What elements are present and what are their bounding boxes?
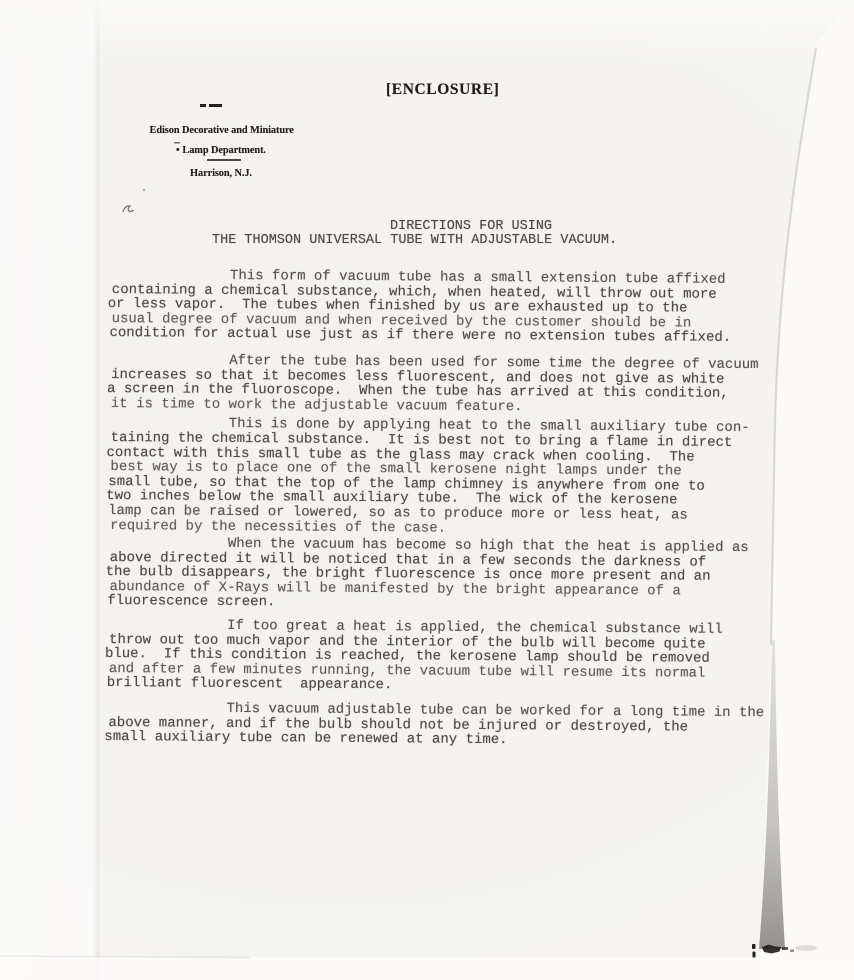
- scan-top-lighting: [0, 0, 854, 62]
- document-body: This form of vacuum tube has a small ext…: [106, 268, 750, 750]
- title-line-1: DIRECTIONS FOR USING: [390, 219, 552, 234]
- paper-speck: [143, 189, 145, 191]
- letterhead-department-line: •Lamp Department.: [150, 144, 293, 156]
- paper-edge-shadow-wedge: [759, 640, 785, 949]
- letterhead-underline: [207, 159, 241, 161]
- letterhead: Edison Decorative and Miniature •Lamp De…: [145, 98, 297, 186]
- paragraph-6: This vacuum adjustable tube can be worke…: [106, 701, 746, 750]
- letterhead-bullet: •: [176, 144, 180, 156]
- title-line-2: THE THOMSON UNIVERSAL TUBE WITH ADJUSTAB…: [212, 233, 617, 248]
- scan-left-lighting: [0, 0, 100, 980]
- letterhead-dash-ornament: [200, 104, 224, 107]
- letterhead-city-line: Harrison, N.J.: [150, 167, 293, 179]
- letterhead-company-line: Edison Decorative and Miniature: [150, 124, 293, 136]
- paragraph-5: If too great a heat is applied, the chem…: [107, 618, 748, 696]
- paragraph-1: This form of vacuum tube has a small ext…: [109, 268, 750, 346]
- gray-smudge: [795, 945, 817, 951]
- paper-edge-curve: [771, 48, 816, 645]
- enclosure-label: [ENCLOSURE]: [386, 81, 499, 99]
- scanned-document-page: [ENCLOSURE] Edison Decorative and Miniat…: [0, 0, 854, 980]
- scanner-bed-right: [757, 0, 854, 980]
- paragraph-3: This is done by applying heat to the sma…: [108, 416, 749, 538]
- paragraph-2: After the tube has been used for some ti…: [109, 353, 749, 416]
- scan-bottom-strip: [0, 957, 854, 980]
- letterhead-department-text: Lamp Department.: [182, 144, 266, 156]
- paragraph-4: When the vacuum has become so high that …: [107, 536, 748, 614]
- ink-specks: [752, 944, 794, 958]
- scan-bottom-edge-line: [0, 956, 250, 958]
- pencil-squiggle: [123, 206, 134, 212]
